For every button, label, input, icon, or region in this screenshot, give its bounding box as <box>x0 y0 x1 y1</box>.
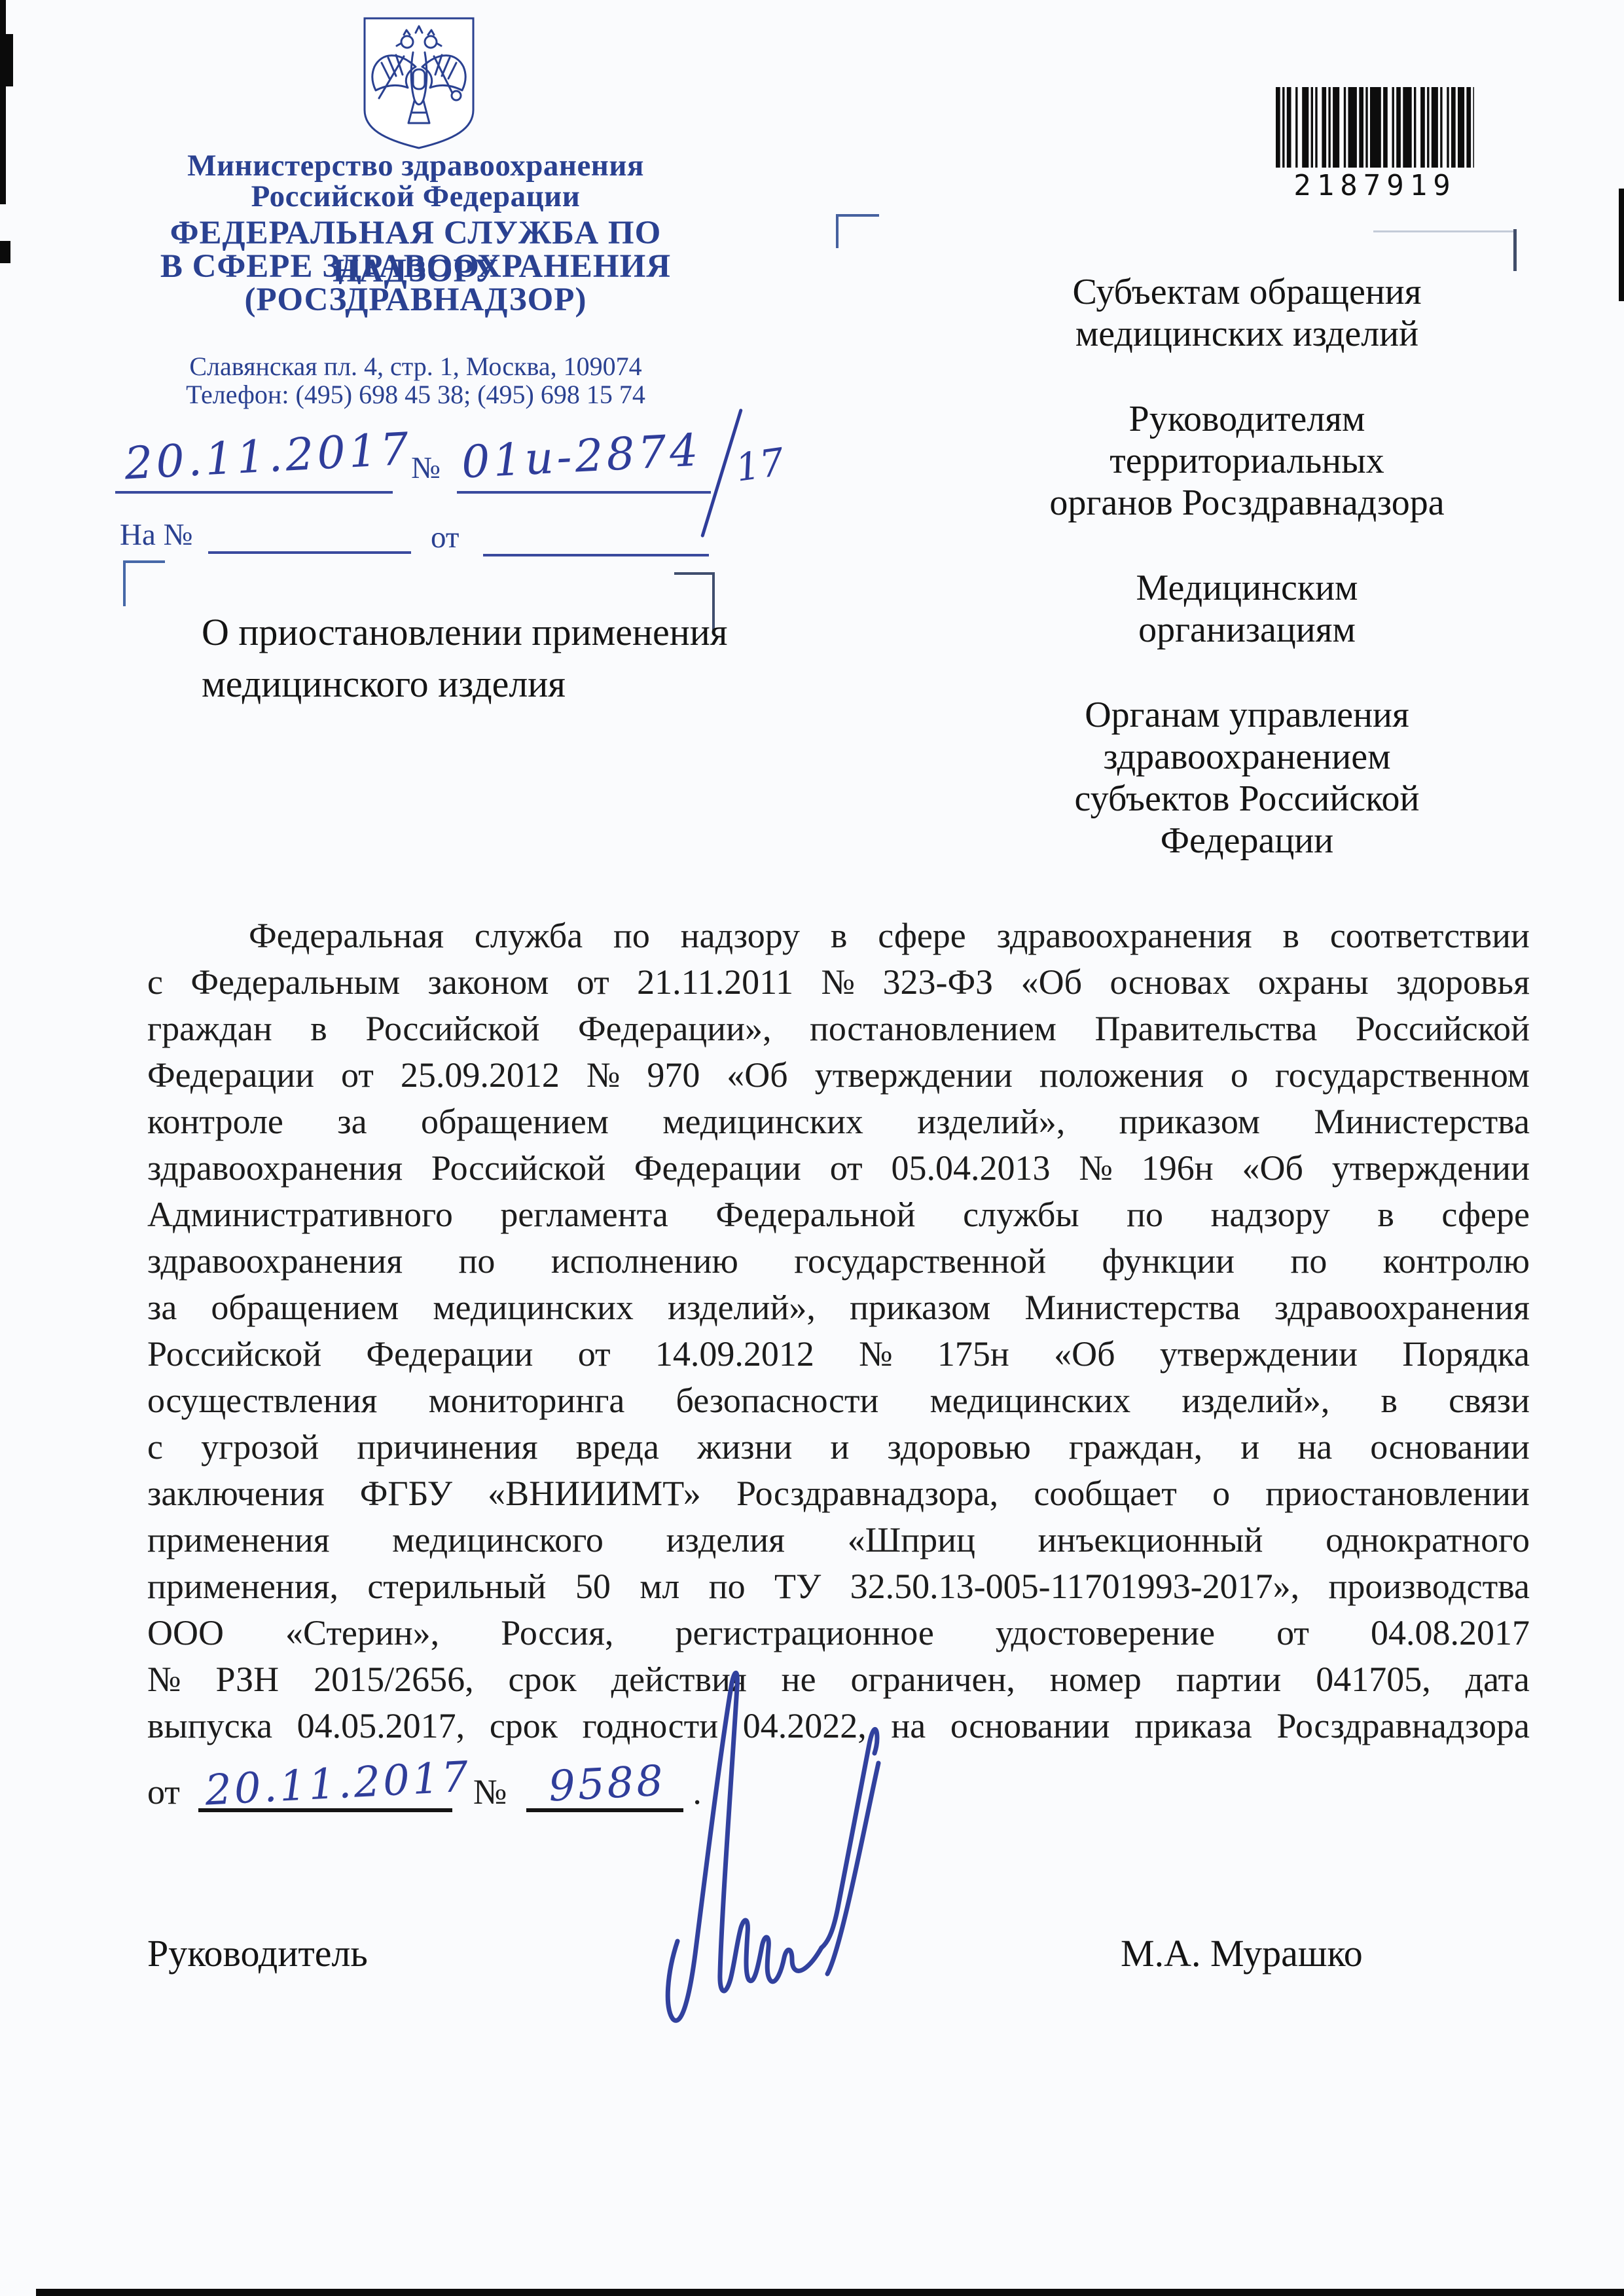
body-line: заобращениеммедицинскихизделий»,приказом… <box>147 1285 1530 1331</box>
recipient-line: организациям <box>975 609 1519 651</box>
recipient-group: Медицинскиморганизациям <box>975 567 1519 651</box>
recipient-line: Руководителям <box>975 398 1519 440</box>
recipient-group: Субъектам обращениямедицинских изделий <box>975 271 1519 355</box>
body-line: РоссийскойФедерацииот14.09.2012№175н«Обу… <box>147 1331 1530 1377</box>
subject-line2: медицинского изделия <box>202 658 727 710</box>
order-date-handwritten: 20.11.2017 <box>204 1753 472 1815</box>
barcode-value: 2187919 <box>1276 169 1474 202</box>
recipient-line: здравоохранением <box>975 736 1519 778</box>
corner-mark-addressee-left <box>836 214 879 248</box>
recipient-line: Субъектам обращения <box>975 271 1519 313</box>
body-line: АдминистративногорегламентаФедеральнойсл… <box>147 1192 1530 1238</box>
body-line: контролезаобращениеммедицинскихизделий»,… <box>147 1099 1530 1145</box>
order-number-handwritten: 9588 <box>548 1757 668 1811</box>
signer-name: М.А. Мурашко <box>1121 1931 1363 1975</box>
body-line: применения,стерильный50млпоТУ32.50.13-00… <box>147 1563 1530 1610</box>
corner-mark-addressee-right-horizontal <box>1373 230 1516 232</box>
body-line: осуществлениямониторингабезопасностимеди… <box>147 1377 1530 1424</box>
body-line: Федеральнаяслужбапонадзорувсферездравоох… <box>147 913 1530 959</box>
org-phone: Телефон: (495) 698 45 38; (495) 698 15 7… <box>98 379 733 410</box>
scan-artifact-left-low <box>0 241 10 263</box>
body-line: Федерацииот25.09.2012№970«Обутверждениип… <box>147 1052 1530 1099</box>
recipient-line: субъектов Российской <box>975 778 1519 820</box>
body-line: сугрозойпричинениявредажизнииздоровьюгра… <box>147 1424 1530 1470</box>
body-line: гражданвРоссийскойФедерации»,постановлен… <box>147 1006 1530 1052</box>
recipient-line: медицинских изделий <box>975 313 1519 355</box>
body-line: ООО«Стерин»,Россия,регистрационноеудосто… <box>147 1610 1530 1656</box>
scan-artifact-bottom-edge <box>36 2289 1624 2296</box>
outgoing-number-suffix-handwritten: 17 <box>733 439 787 490</box>
recipients-block: Субъектам обращениямедицинских изделийРу… <box>975 271 1519 905</box>
subject-line1: О приостановлении применения <box>202 606 727 658</box>
service-name-line2: В СФЕРЕ ЗДРАВООХРАНЕНИЯ <box>98 247 733 285</box>
signature-ink-icon <box>658 1666 893 2039</box>
body-line: здравоохраненияРоссийскойФедерацииот05.0… <box>147 1145 1530 1192</box>
ministry-name-line1: Министерство здравоохранения <box>98 148 733 183</box>
date-underline <box>115 491 393 494</box>
reply-number-underline <box>208 551 411 554</box>
scan-artifact-left-strip <box>0 0 6 204</box>
number-underline <box>457 491 711 494</box>
body-line: сФедеральнымзакономот21.11.2011№323-ФЗ«О… <box>147 959 1530 1006</box>
number-sign-label: № <box>411 450 441 486</box>
org-address: Славянская пл. 4, стр. 1, Москва, 109074 <box>98 351 733 382</box>
order-reference-line: от 20.11.2017 № 9588 . <box>147 1749 702 1812</box>
recipient-group: Органам управленияздравоохранениемсубъек… <box>975 694 1519 862</box>
outgoing-date-handwritten: 20.11.2017 <box>123 424 413 490</box>
body-line: заключенияФГБУ«ВНИИИМТ»Росздравнадзора,с… <box>147 1470 1530 1517</box>
recipient-group: Руководителямтерриториальныхорганов Росз… <box>975 398 1519 524</box>
recipient-line: территориальных <box>975 440 1519 482</box>
order-date-underline: 20.11.2017 <box>198 1751 452 1812</box>
body-line: применениямедицинскогоизделия«Шприцинъек… <box>147 1517 1530 1563</box>
corner-mark-subject-left <box>123 560 165 606</box>
scan-artifact-left-blob <box>0 34 13 86</box>
recipient-line: органов Росздравнадзора <box>975 482 1519 524</box>
subject-block: О приостановлении применения медицинског… <box>202 606 727 710</box>
body-line: здравоохраненияпоисполнениюгосударственн… <box>147 1238 1530 1285</box>
body-text: Федеральнаяслужбапонадзорувсферездравоох… <box>147 913 1530 1749</box>
order-from-label: от <box>147 1772 180 1812</box>
reply-from-label: от <box>431 520 459 555</box>
reply-date-underline <box>483 554 709 556</box>
ministry-name-line2: Российской Федерации <box>98 179 733 214</box>
scanned-letter-page: Министерство здравоохранения Российской … <box>0 0 1624 2296</box>
reply-to-label: На № <box>120 517 192 553</box>
barcode-bars-icon <box>1276 87 1474 168</box>
recipient-line: Органам управления <box>975 694 1519 736</box>
outgoing-number-handwritten: 01и-2874 <box>460 424 702 488</box>
corner-mark-addressee-right-vertical <box>1513 229 1517 271</box>
recipient-line: Федерации <box>975 820 1519 862</box>
coat-of-arms-icon <box>357 14 481 151</box>
barcode: 2187919 <box>1276 87 1474 202</box>
recipient-line: Медицинским <box>975 567 1519 609</box>
service-name-line3: (РОСЗДРАВНАДЗОР) <box>98 281 733 319</box>
scan-artifact-right-strip <box>1619 189 1624 301</box>
signer-title: Руководитель <box>147 1931 368 1975</box>
order-number-sign: № <box>473 1772 507 1812</box>
